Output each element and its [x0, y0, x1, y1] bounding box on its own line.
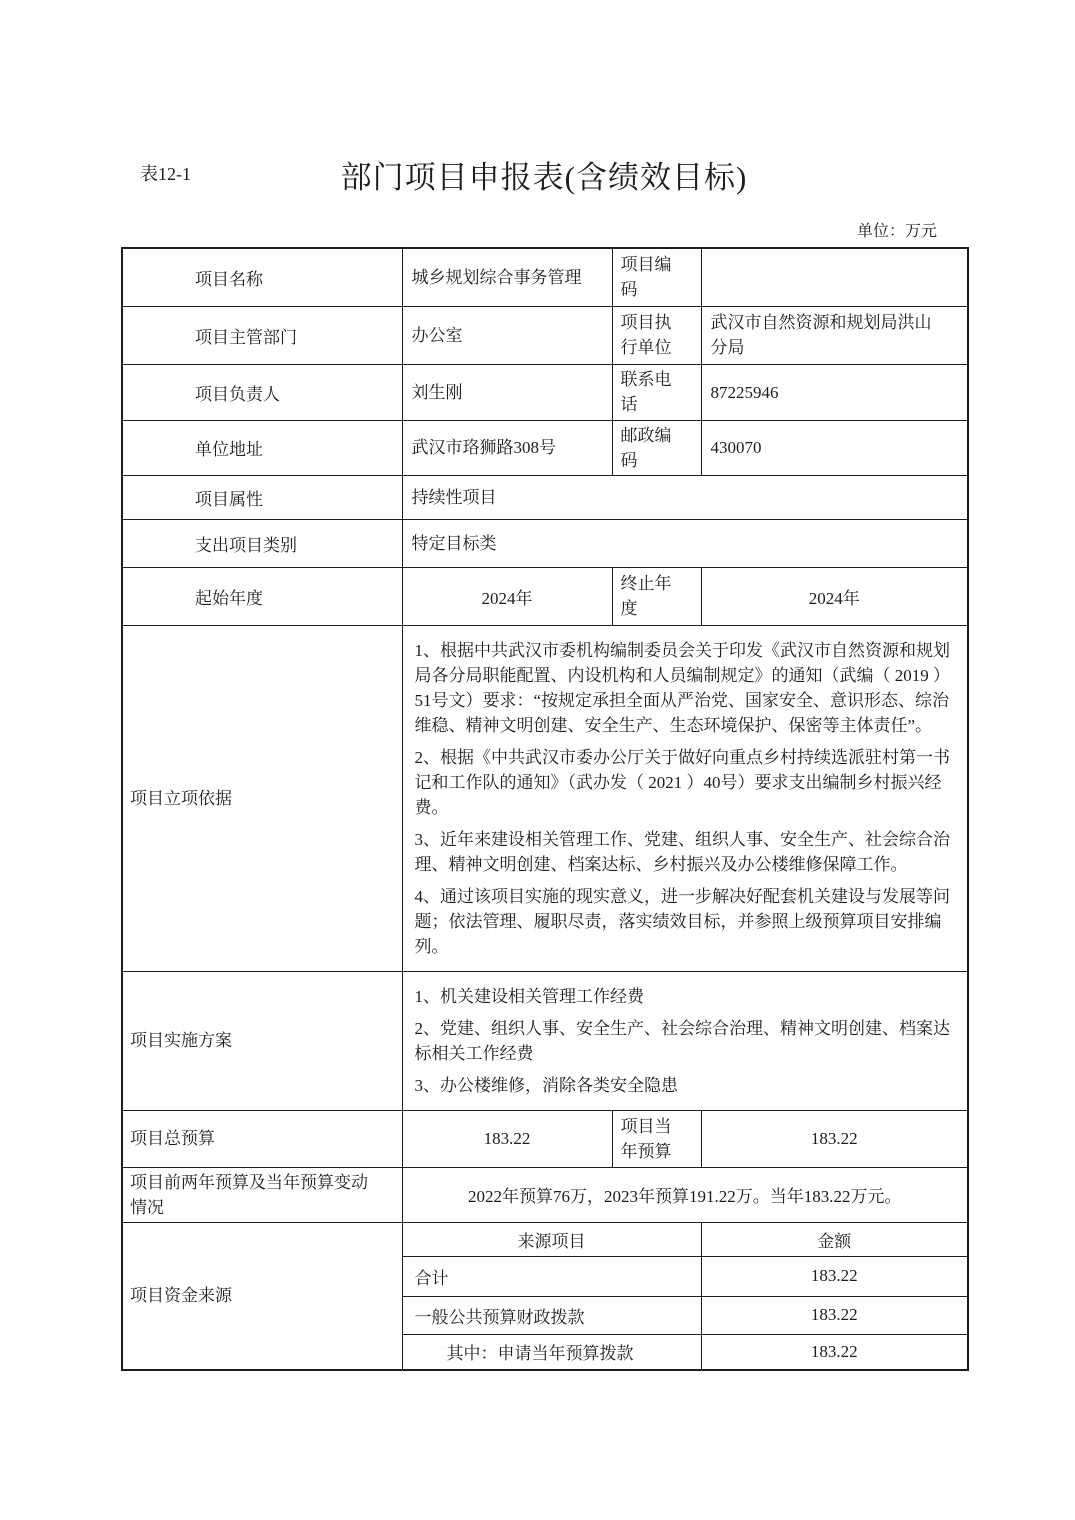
- funding-amount-public-budget: 183.22: [701, 1296, 968, 1334]
- value-postal-code: 430070: [701, 420, 968, 475]
- label-project-attribute: 项目属性: [122, 475, 402, 519]
- label-project-leader: 项目负责人: [122, 364, 402, 420]
- value-end-year: 2024年: [701, 567, 968, 625]
- row-project-leader: 项目负责人 刘生刚 联系电话 87225946: [122, 364, 968, 420]
- value-project-attribute: 持续性项目: [402, 475, 968, 519]
- basis-paragraph: 4、通过该项目实施的现实意义，进一步解决好配套机关建设与发展等问题；依法管理、履…: [415, 884, 958, 959]
- value-executing-unit: 武汉市自然资源和规划局洪山分局: [701, 306, 968, 364]
- funding-source-current-year-request: 其中：申请当年预算拨款: [402, 1334, 701, 1370]
- label-competent-department: 项目主管部门: [122, 306, 402, 364]
- label-contact-phone: 联系电话: [612, 364, 701, 420]
- label-unit-address: 单位地址: [122, 420, 402, 475]
- row-expenditure-category: 支出项目类别 特定目标类: [122, 519, 968, 567]
- label-expenditure-category: 支出项目类别: [122, 519, 402, 567]
- row-project-name: 项目名称 城乡规划综合事务管理 项目编码: [122, 248, 968, 306]
- funding-source-public-budget: 一般公共预算财政拨款: [402, 1296, 701, 1334]
- value-project-basis: 1、根据中共武汉市委机构编制委员会关于印发《武汉市自然资源和规划局各分局职能配置…: [402, 625, 968, 971]
- funding-source-total: 合计: [402, 1256, 701, 1296]
- form-code: 表12-1: [140, 160, 191, 186]
- value-expenditure-category: 特定目标类: [402, 519, 968, 567]
- label-start-year: 起始年度: [122, 567, 402, 625]
- row-project-years: 起始年度 2024年 终止年度 2024年: [122, 567, 968, 625]
- label-end-year: 终止年度: [612, 567, 701, 625]
- unit-note: 单位：万元: [121, 218, 937, 241]
- label-project-basis: 项目立项依据: [122, 625, 402, 971]
- plan-paragraph: 3、办公楼维修，消除各类安全隐患: [415, 1073, 958, 1098]
- row-competent-department: 项目主管部门 办公室 项目执行单位 武汉市自然资源和规划局洪山分局: [122, 306, 968, 364]
- label-funding-source: 项目资金来源: [122, 1222, 402, 1370]
- funding-column-amount: 金额: [701, 1222, 968, 1256]
- label-current-year-budget: 项目当年预算: [612, 1110, 701, 1167]
- row-funding-header: 项目资金来源 来源项目 金额: [122, 1222, 968, 1256]
- label-project-name: 项目名称: [122, 248, 402, 306]
- value-total-budget: 183.22: [402, 1110, 612, 1167]
- funding-amount-total: 183.22: [701, 1256, 968, 1296]
- page-title: 部门项目申报表(含绩效目标): [121, 158, 967, 198]
- value-start-year: 2024年: [402, 567, 612, 625]
- row-project-basis: 项目立项依据 1、根据中共武汉市委机构编制委员会关于印发《武汉市自然资源和规划局…: [122, 625, 968, 971]
- label-executing-unit: 项目执行单位: [612, 306, 701, 364]
- funding-column-source: 来源项目: [402, 1222, 701, 1256]
- value-budget-history: 2022年预算76万，2023年预算191.22万。当年183.22万元。: [402, 1167, 968, 1222]
- value-competent-department: 办公室: [402, 306, 612, 364]
- label-project-code: 项目编码: [612, 248, 701, 306]
- label-implementation-plan: 项目实施方案: [122, 971, 402, 1110]
- value-current-year-budget: 183.22: [701, 1110, 968, 1167]
- application-form-table: 项目名称 城乡规划综合事务管理 项目编码 项目主管部门 办公室 项目执行单位 武…: [121, 247, 969, 1371]
- basis-paragraph: 2、根据《中共武汉市委办公厅关于做好向重点乡村持续选派驻村第一书记和工作队的通知…: [415, 745, 958, 820]
- basis-paragraph: 3、近年来建设相关管理工作、党建、组织人事、安全生产、社会综合治理、精神文明创建…: [415, 827, 958, 877]
- label-total-budget: 项目总预算: [122, 1110, 402, 1167]
- label-postal-code: 邮政编码: [612, 420, 701, 475]
- label-budget-history: 项目前两年预算及当年预算变动情况: [122, 1167, 402, 1222]
- value-project-leader: 刘生刚: [402, 364, 612, 420]
- funding-amount-current-year-request: 183.22: [701, 1334, 968, 1370]
- row-budget-history: 项目前两年预算及当年预算变动情况 2022年预算76万，2023年预算191.2…: [122, 1167, 968, 1222]
- row-implementation-plan: 项目实施方案 1、机关建设相关管理工作经费 2、党建、组织人事、安全生产、社会综…: [122, 971, 968, 1110]
- row-project-attribute: 项目属性 持续性项目: [122, 475, 968, 519]
- value-project-name: 城乡规划综合事务管理: [402, 248, 612, 306]
- value-project-code: [701, 248, 968, 306]
- plan-paragraph: 2、党建、组织人事、安全生产、社会综合治理、精神文明创建、档案达标相关工作经费: [415, 1016, 958, 1066]
- plan-paragraph: 1、机关建设相关管理工作经费: [415, 984, 958, 1009]
- value-unit-address: 武汉市珞狮路308号: [402, 420, 612, 475]
- value-contact-phone: 87225946: [701, 364, 968, 420]
- basis-paragraph: 1、根据中共武汉市委机构编制委员会关于印发《武汉市自然资源和规划局各分局职能配置…: [415, 638, 958, 738]
- row-total-budget: 项目总预算 183.22 项目当年预算 183.22: [122, 1110, 968, 1167]
- row-unit-address: 单位地址 武汉市珞狮路308号 邮政编码 430070: [122, 420, 968, 475]
- document-page: 表12-1 部门项目申报表(含绩效目标) 单位：万元 项目名称 城乡规划综合事务…: [121, 0, 967, 1371]
- value-implementation-plan: 1、机关建设相关管理工作经费 2、党建、组织人事、安全生产、社会综合治理、精神文…: [402, 971, 968, 1110]
